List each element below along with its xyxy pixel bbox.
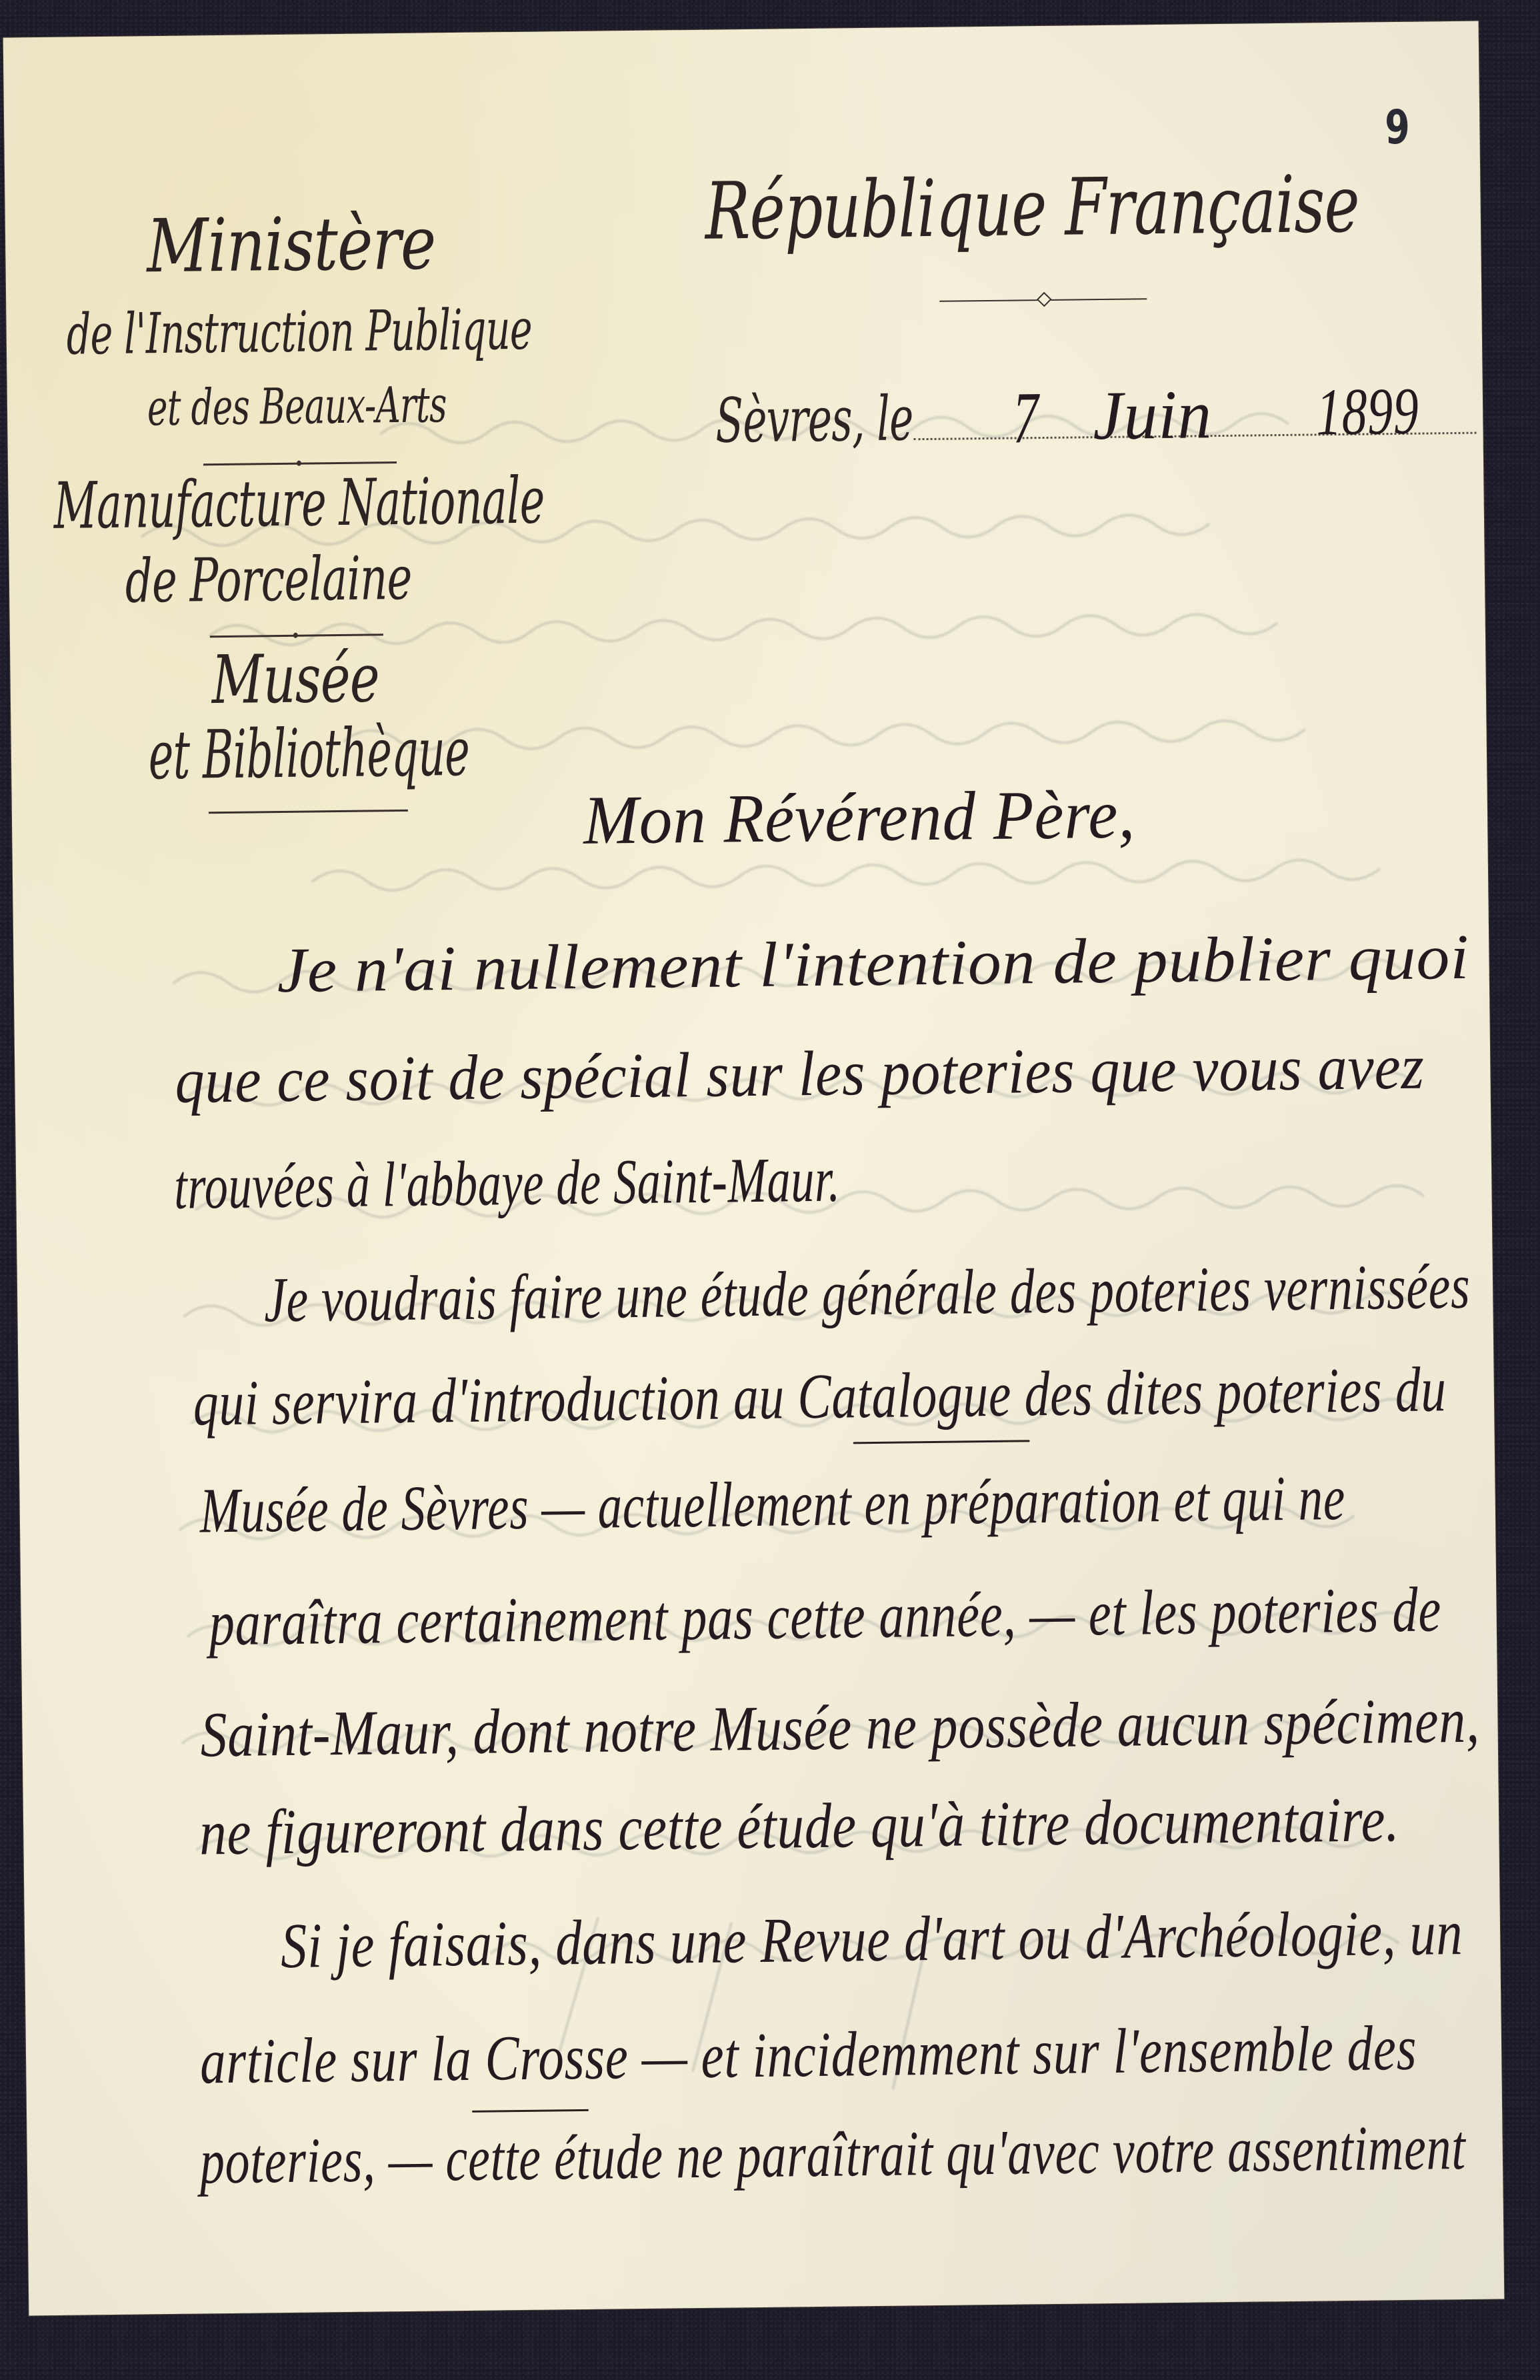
body-line: qui servira d'introduction au Catalogue … [193, 1357, 1447, 1435]
body-line: Si je faisais, dans une Revue d'art ou d… [281, 1901, 1463, 1978]
body-line: que ce soit de spécial sur les poteries … [175, 1035, 1425, 1113]
date-month: Juin [1093, 380, 1213, 451]
body-line: ne figureront dans cette étude qu'à titr… [199, 1787, 1400, 1865]
letterhead-bibliotheque: et Bibliothèque [148, 719, 469, 789]
letterhead-porcelaine: de Porcelaine [125, 549, 412, 612]
letterhead-manufacture-nationale: Manufacture Nationale [53, 469, 545, 538]
letterhead-ministere: Ministère [147, 206, 436, 283]
letterhead-republique-francaise: République Française [705, 164, 1359, 250]
body-line: Je n'ai nullement l'intention de publier… [277, 925, 1470, 1002]
letterhead-beaux-arts: et des Beaux-Arts [147, 380, 446, 433]
letterhead-ornament-divider [939, 298, 1147, 302]
body-line: Saint-Maur, dont notre Musée ne possède … [200, 1688, 1480, 1766]
body-line: article sur la Crosse — et incidemment s… [199, 2015, 1417, 2093]
letterhead-divider-3 [209, 810, 408, 814]
date-year: 1899 [1316, 377, 1419, 445]
body-line: Je voudrais faire une étude générale des… [264, 1254, 1471, 1332]
date-place-label: Sèvres, le [715, 388, 913, 451]
letterhead-divider-2 [210, 634, 383, 638]
letter-page: Ministère de l'Instruction Publique et d… [3, 21, 1505, 2316]
body-line: trouvées à l'abbaye de Saint-Maur. [174, 1148, 841, 1219]
underline-catalogue [853, 1440, 1030, 1444]
body-line: paraîtra certainement pas cette année, —… [209, 1577, 1441, 1655]
letterhead-instruction-publique: de l'Instruction Publique [66, 301, 532, 363]
body-line: Musée de Sèvres — actuellement en prépar… [199, 1466, 1345, 1542]
letterhead-musee: Musée [211, 645, 379, 714]
underline-crosse [472, 2109, 589, 2113]
page-number: 9 [1385, 104, 1410, 151]
salutation: Mon Révérend Père, [583, 780, 1135, 855]
date-day: 7 [1013, 381, 1039, 455]
body-line: poteries, — cette étude ne paraîtrait qu… [199, 2115, 1466, 2194]
